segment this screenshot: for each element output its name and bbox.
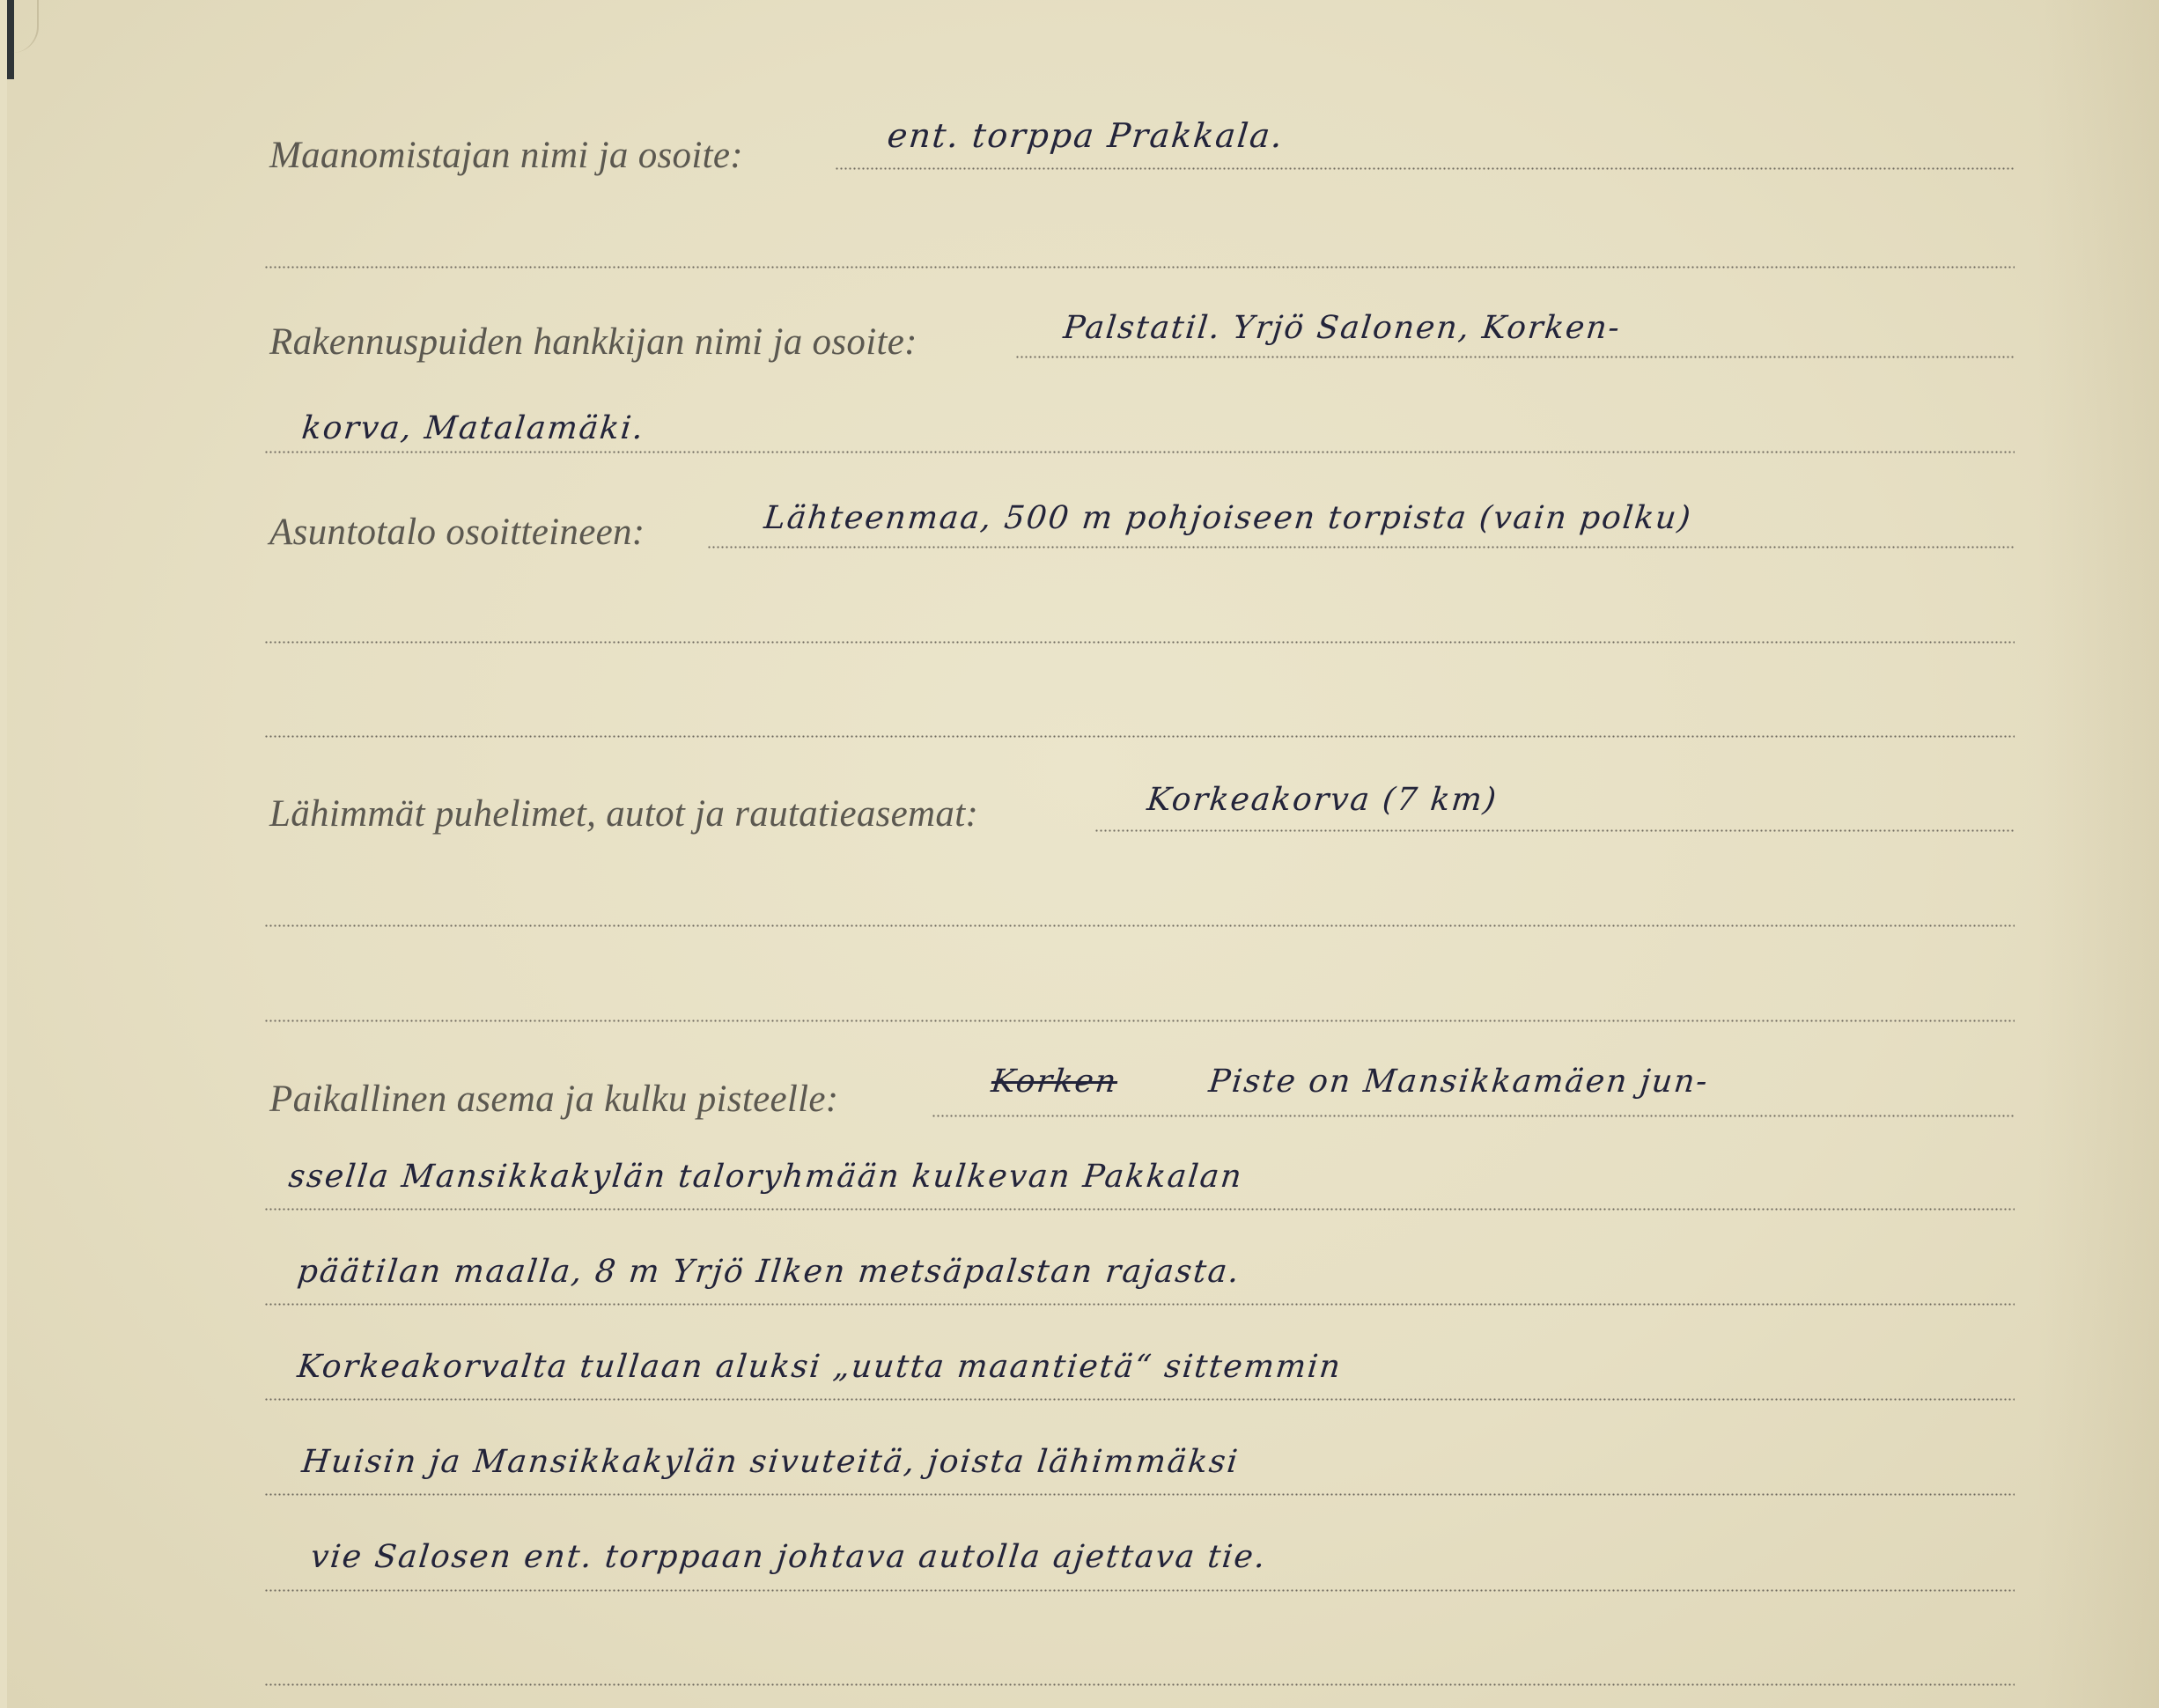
handwritten-local-position-line-4: Korkeakorvalta tullaan aluksi „uutta maa… xyxy=(296,1349,1344,1385)
dotted-rule xyxy=(264,924,2015,927)
dotted-rule xyxy=(264,735,2015,738)
dotted-rule xyxy=(932,1115,2015,1117)
dotted-rule xyxy=(1015,356,2015,358)
dotted-rule xyxy=(707,546,2015,548)
handwritten-local-position-line-1: Piste on Mansikkamäen jun- xyxy=(1207,1064,1711,1100)
handwritten-local-position-line-3: päätilan maalla, 8 m Yrjö Ilken metsäpal… xyxy=(296,1254,1242,1290)
handwritten-timber-supplier-line-1: Palstatil. Yrjö Salonen, Korken- xyxy=(1062,310,1623,346)
handwritten-timber-supplier-line-2: korva, Matalamäki. xyxy=(300,410,646,446)
dotted-rule xyxy=(264,1303,2015,1306)
handwritten-nearest-services: Korkeakorva (7 km) xyxy=(1146,782,1500,818)
handwritten-residence: Lähteenmaa, 500 m pohjoiseen torpista (v… xyxy=(763,500,1694,536)
field-label-local-position: Paikallinen asema ja kulku pisteelle: xyxy=(269,1078,838,1121)
dotted-rule xyxy=(264,641,2015,644)
dotted-rule xyxy=(1094,829,2015,832)
handwritten-local-position-line-5: Huisin ja Mansikkakylän sivuteitä, joist… xyxy=(300,1444,1241,1480)
dotted-rule xyxy=(264,266,2015,269)
field-label-timber-supplier: Rakennuspuiden hankkijan nimi ja osoite: xyxy=(269,320,917,364)
page-shading xyxy=(2036,0,2159,1708)
dotted-rule xyxy=(264,1493,2015,1496)
form-page: Maanomistajan nimi ja osoite: ent. torpp… xyxy=(7,0,2159,1708)
field-label-landowner: Maanomistajan nimi ja osoite: xyxy=(269,134,743,177)
dotted-rule xyxy=(264,1398,2015,1401)
dotted-rule xyxy=(264,1683,2015,1686)
dotted-rule xyxy=(264,451,2015,453)
field-label-nearest-services: Lähimmät puhelimet, autot ja rautatiease… xyxy=(269,792,978,836)
dotted-rule xyxy=(264,1589,2015,1592)
dotted-rule xyxy=(264,1208,2015,1211)
handwritten-local-position-line-6: vie Salosen ent. torppaan johtava autoll… xyxy=(309,1539,1269,1575)
handwritten-struck-word: Korken xyxy=(990,1064,1119,1100)
dotted-rule xyxy=(835,167,2015,170)
dotted-rule xyxy=(264,1020,2015,1022)
handwritten-landowner: ent. torppa Prakkala. xyxy=(886,116,1286,155)
field-label-residence: Asuntotalo osoitteineen: xyxy=(269,511,645,554)
handwritten-local-position-line-2: ssella Mansikkakylän taloryhmään kulkeva… xyxy=(287,1159,1245,1195)
page-corner-curl xyxy=(12,0,39,53)
